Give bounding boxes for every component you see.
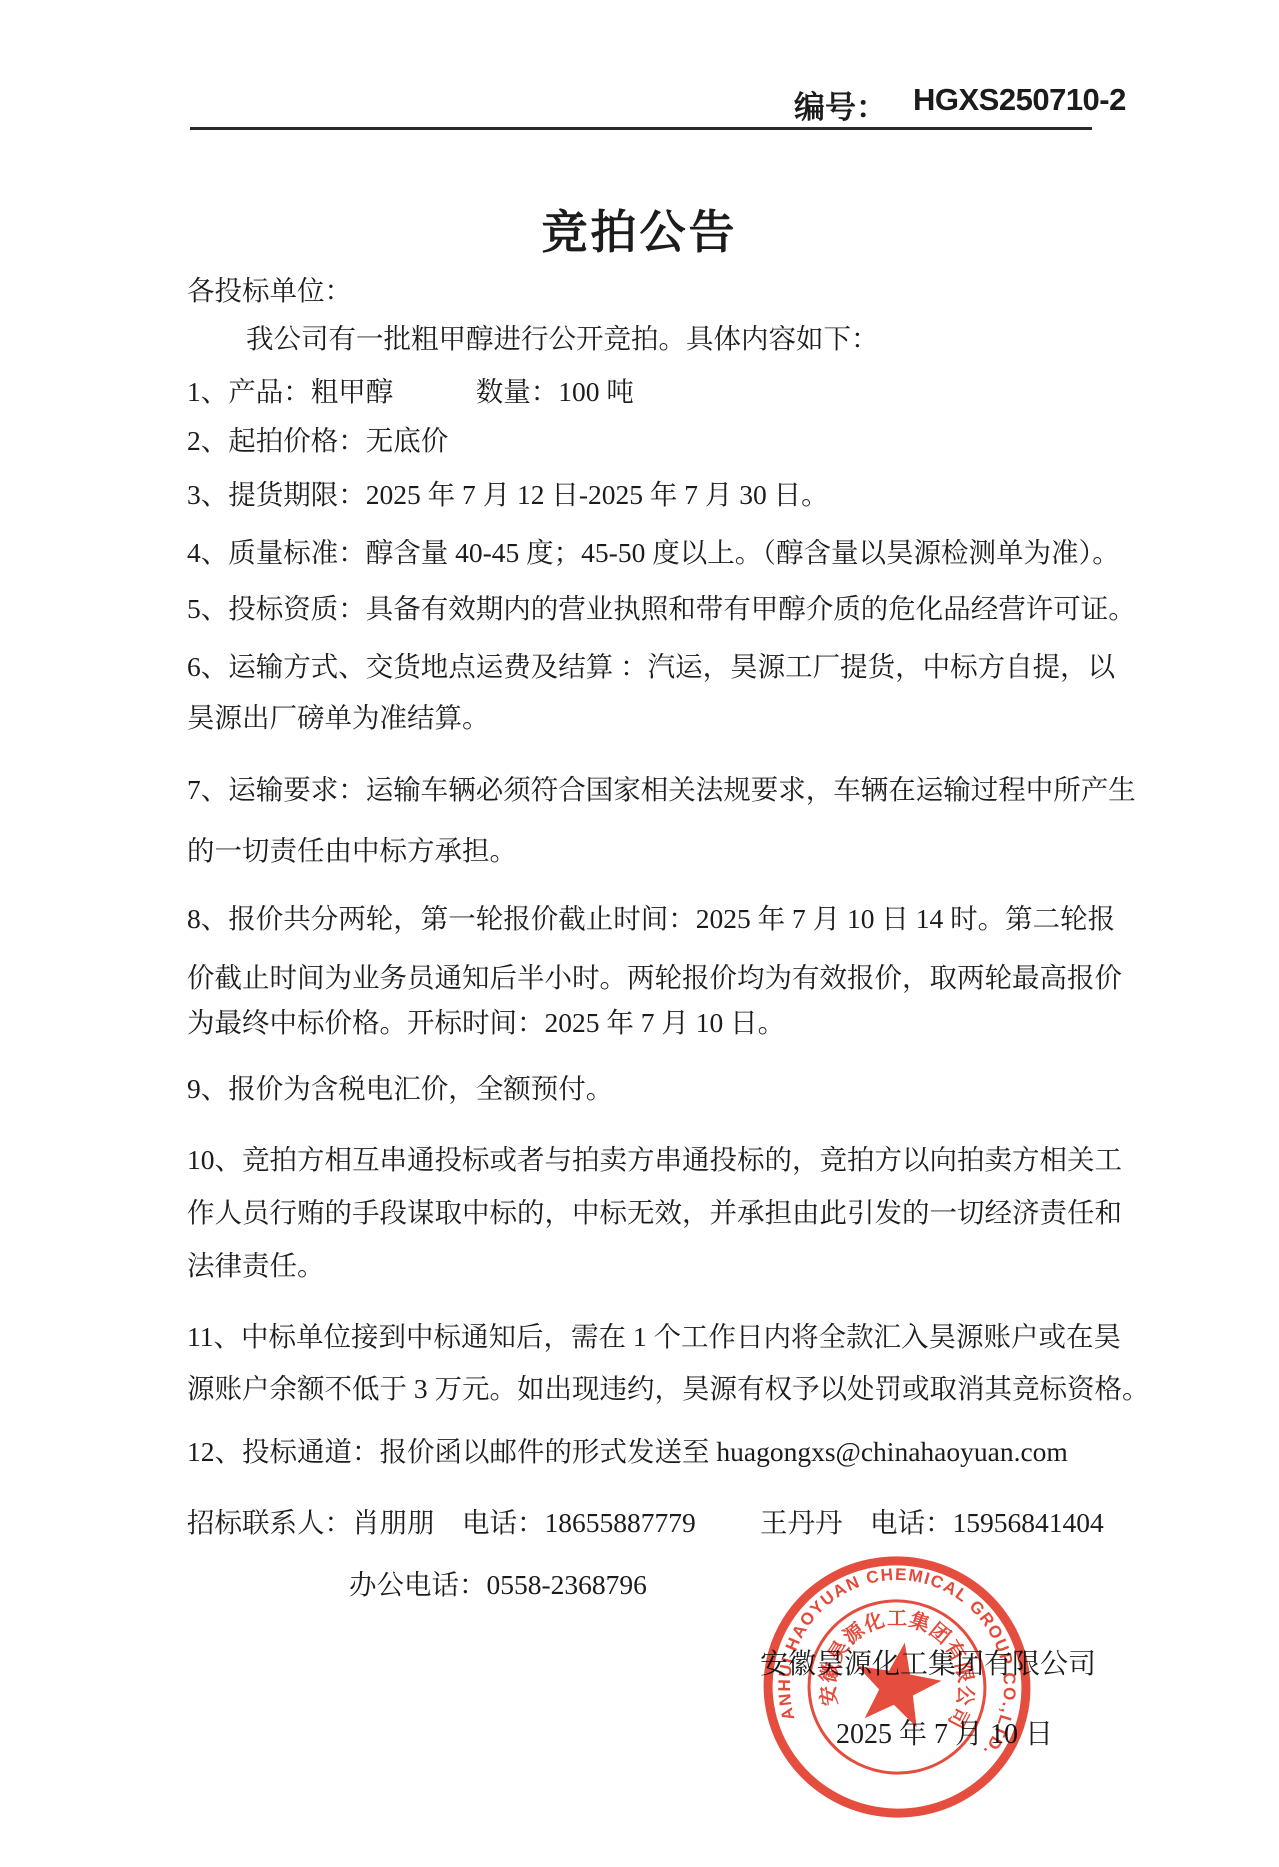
item-7-line-1: 7、运输要求：运输车辆必须符合国家相关法规要求，车辆在运输过程中所产生 xyxy=(187,773,1136,806)
item-10-line-2: 作人员行贿的手段谋取中标的，中标无效，并承担由此引发的一切经济责任和 xyxy=(187,1196,1122,1229)
page-title: 竞拍公告 xyxy=(0,196,1279,262)
item-10-line-1: 10、竞拍方相互串通投标或者与拍卖方串通投标的，竞拍方以向拍卖方相关工 xyxy=(187,1143,1122,1176)
signature-date: 2025 年 7 月 10 日 xyxy=(836,1712,1053,1752)
item-2: 2、起拍价格：无底价 xyxy=(187,424,448,457)
item-8-line-1: 8、报价共分两轮，第一轮报价截止时间：2025 年 7 月 10 日 14 时。… xyxy=(187,902,1115,935)
contact-secondary: 王丹丹 电话：15956841404 xyxy=(760,1506,1104,1539)
contact-primary: 招标联系人：肖朋朋 电话：18655887779 xyxy=(187,1506,696,1539)
item-4: 4、质量标准：醇含量 40-45 度；45-50 度以上。（醇含量以昊源检测单为… xyxy=(187,536,1120,569)
item-7-line-2: 的一切责任由中标方承担。 xyxy=(187,834,517,867)
item-6-line-2: 昊源出厂磅单为准结算。 xyxy=(187,701,490,734)
item-10-line-3: 法律责任。 xyxy=(187,1249,325,1282)
item-8-line-3: 为最终中标价格。开标时间：2025 年 7 月 10 日。 xyxy=(187,1006,785,1039)
item-3: 3、提货期限：2025 年 7 月 12 日-2025 年 7 月 30 日。 xyxy=(187,478,829,511)
office-phone: 办公电话：0558-2368796 xyxy=(349,1568,647,1601)
intro-line: 我公司有一批粗甲醇进行公开竞拍。具体内容如下： xyxy=(246,322,879,355)
item-11-line-1: 11、中标单位接到中标通知后，需在 1 个工作日内将全款汇入昊源账户或在昊 xyxy=(187,1320,1121,1353)
item-9: 9、报价为含税电汇价，全额预付。 xyxy=(187,1072,613,1105)
document-page: 编号：HGXS250710-2 竞拍公告 各投标单位：我公司有一批粗甲醇进行公开… xyxy=(0,0,1279,1867)
item-5: 5、投标资质：具备有效期内的营业执照和带有甲醇介质的危化品经营许可证。 xyxy=(187,592,1136,625)
item-12: 12、投标通道：报价函以邮件的形式发送至 huagongxs@chinahaoy… xyxy=(187,1435,1068,1468)
seal-graphic: ANHUI HAOYUAN CHEMICAL GROUP CO.,LTD. 安徽… xyxy=(717,1507,1076,1866)
item-8-line-2: 价截止时间为业务员通知后半小时。两轮报价均为有效报价，取两轮最高报价 xyxy=(187,961,1122,994)
item-11-line-2: 源账户余额不低于 3 万元。如出现违约，昊源有权予以处罚或取消其竞标资格。 xyxy=(187,1372,1150,1405)
company-seal-stamp: ANHUI HAOYUAN CHEMICAL GROUP CO.,LTD. 安徽… xyxy=(717,1507,1076,1866)
doc-number-label: 编号： xyxy=(794,82,887,127)
seal-inner-ring xyxy=(795,1587,998,1787)
item-6-line-1: 6、运输方式、交货地点运费及结算 ：汽运，昊源工厂提货，中标方自提，以 xyxy=(187,650,1115,683)
doc-number: 编号：HGXS250710-2 xyxy=(794,82,1126,127)
header-rule xyxy=(190,127,1092,130)
seal-outer-ring xyxy=(748,1541,1046,1834)
item-1: 1、产品：粗甲醇 数量：100 吨 xyxy=(187,375,634,408)
signature-company: 安徽昊源化工集团有限公司 xyxy=(760,1642,1096,1682)
doc-number-value: HGXS250710-2 xyxy=(913,82,1126,127)
salutation: 各投标单位： xyxy=(187,274,352,307)
